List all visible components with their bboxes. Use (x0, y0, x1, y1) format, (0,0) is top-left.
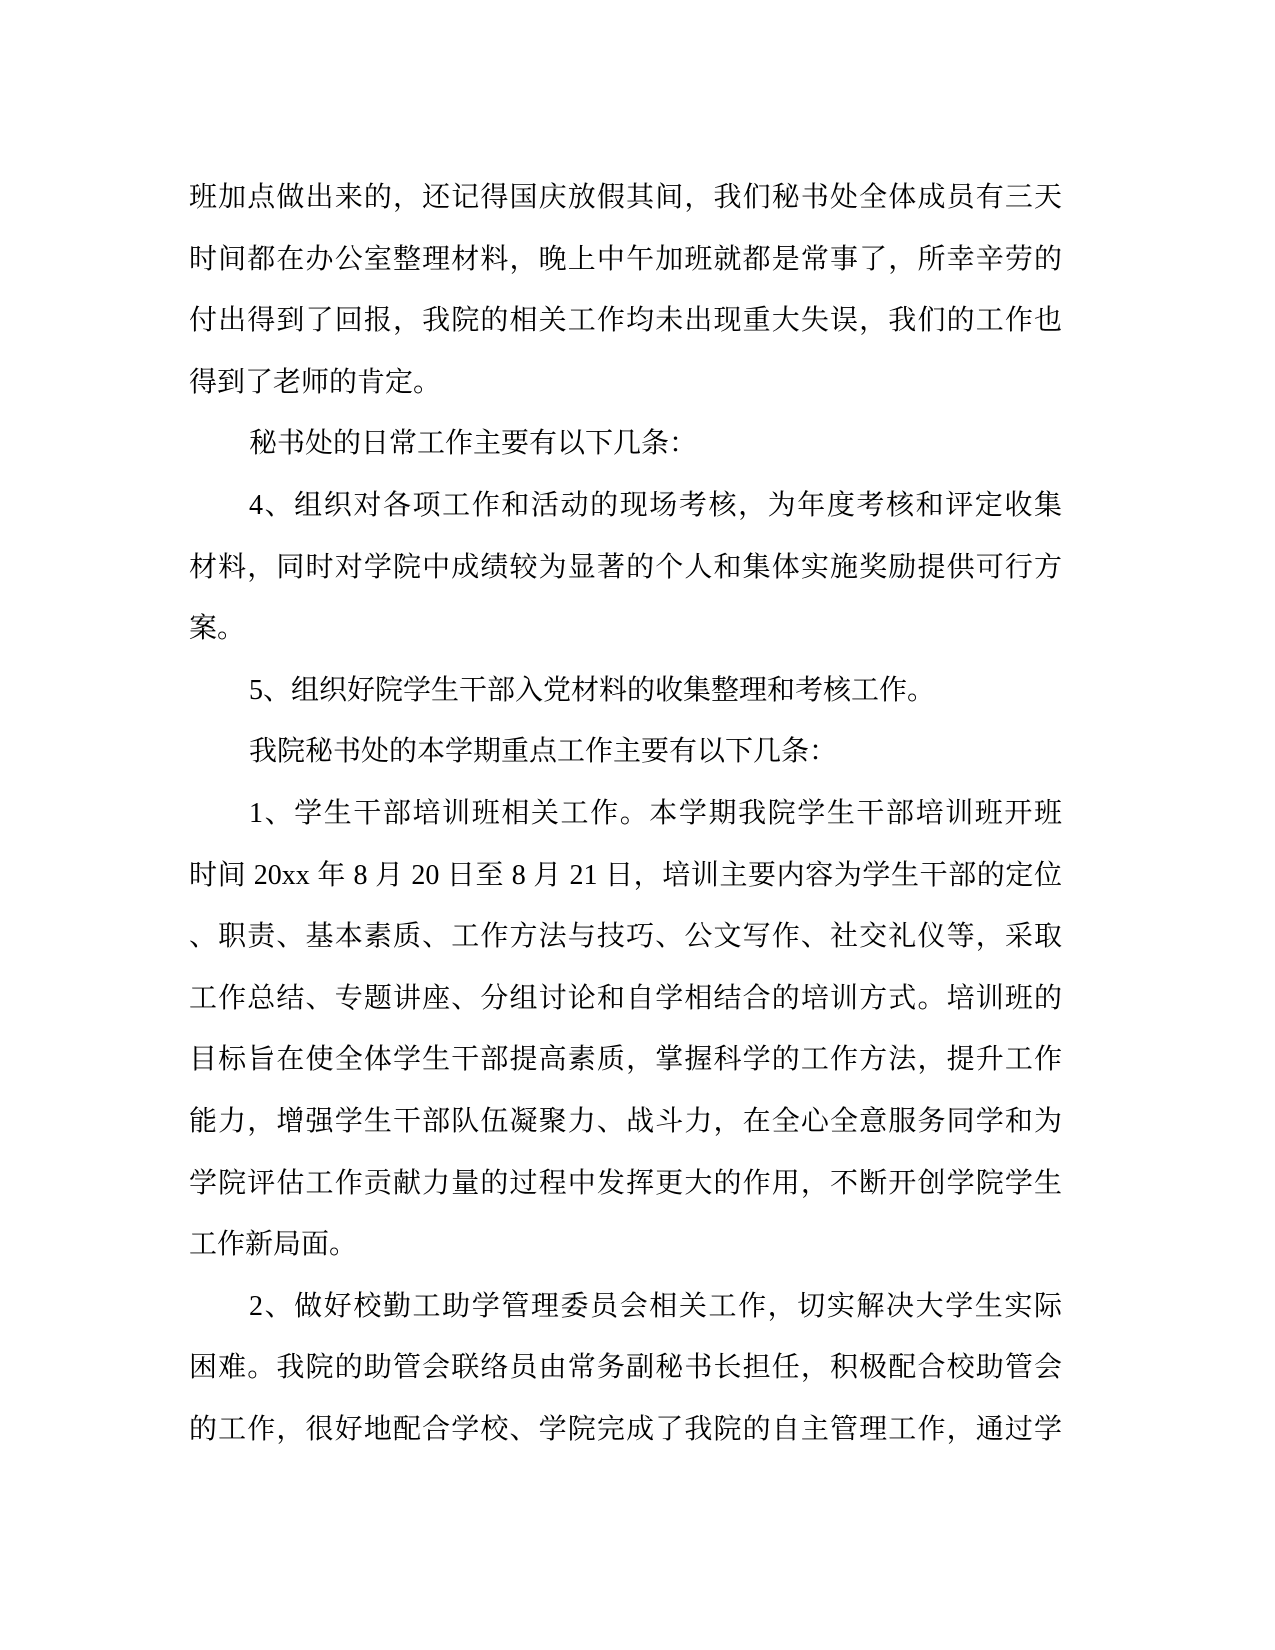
text-line: 得到了老师的肯定。 (189, 352, 1062, 414)
text-line: 班加点做出来的，还记得国庆放假其间，我们秘书处全体成员有三天 (189, 167, 1062, 229)
document-text-block: 班加点做出来的，还记得国庆放假其间，我们秘书处全体成员有三天时间都在办公室整理材… (189, 167, 1062, 1460)
text-line: 我院秘书处的本学期重点工作主要有以下几条： (189, 721, 1062, 783)
text-line: 学院评估工作贡献力量的过程中发挥更大的作用，不断开创学院学生 (189, 1153, 1062, 1215)
text-line: 付出得到了回报，我院的相关工作均未出现重大失误，我们的工作也 (189, 290, 1062, 352)
text-line: 5、组织好院学生干部入党材料的收集整理和考核工作。 (189, 660, 1062, 722)
text-line: 目标旨在使全体学生干部提高素质，掌握科学的工作方法，提升工作 (189, 1029, 1062, 1091)
text-line: 工作总结、专题讲座、分组讨论和自学相结合的培训方式。培训班的 (189, 968, 1062, 1030)
text-line: 工作新局面。 (189, 1214, 1062, 1276)
text-line: 的工作，很好地配合学校、学院完成了我院的自主管理工作，通过学 (189, 1399, 1062, 1461)
text-line: 案。 (189, 598, 1062, 660)
text-line: 时间都在办公室整理材料，晚上中午加班就都是常事了，所幸辛劳的 (189, 229, 1062, 291)
text-line: 能力，增强学生干部队伍凝聚力、战斗力，在全心全意服务同学和为 (189, 1091, 1062, 1153)
text-line: 时间 20xx 年 8 月 20 日至 8 月 21 日，培训主要内容为学生干部… (189, 845, 1062, 907)
document-page: 班加点做出来的，还记得国庆放假其间，我们秘书处全体成员有三天时间都在办公室整理材… (0, 0, 1275, 1650)
text-line: 1、学生干部培训班相关工作。本学期我院学生干部培训班开班 (189, 783, 1062, 845)
text-line: 困难。我院的助管会联络员由常务副秘书长担任，积极配合校助管会 (189, 1337, 1062, 1399)
text-line: 秘书处的日常工作主要有以下几条： (189, 413, 1062, 475)
text-line: 4、组织对各项工作和活动的现场考核，为年度考核和评定收集 (189, 475, 1062, 537)
text-line: 、职责、基本素质、工作方法与技巧、公文写作、社交礼仪等，采取 (189, 906, 1062, 968)
text-line: 材料，同时对学院中成绩较为显著的个人和集体实施奖励提供可行方 (189, 537, 1062, 599)
text-line: 2、做好校勤工助学管理委员会相关工作，切实解决大学生实际 (189, 1276, 1062, 1338)
